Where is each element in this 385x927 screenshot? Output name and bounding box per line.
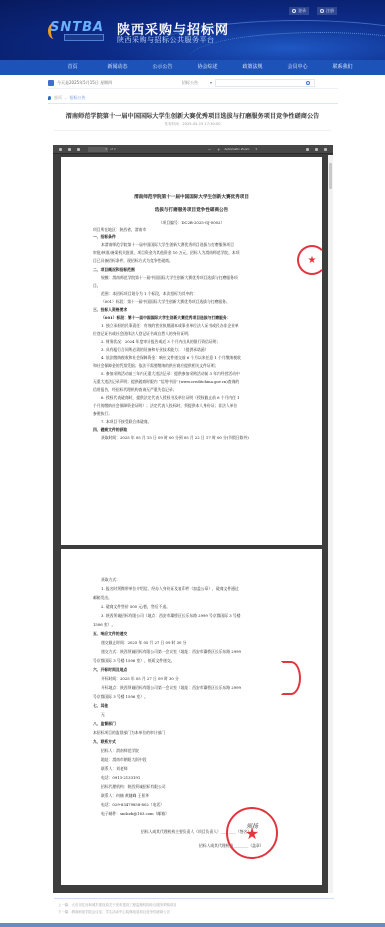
doc-text: 7. 本项目不接受联合体磋商。 — [101, 419, 151, 424]
doc-text: 4. 依法缴纳税收和社会保障资金：响应文件递交前 6 个月以来任意 1 个月缴纳… — [101, 355, 241, 360]
handwritten-signature: 须扬 — [246, 821, 258, 830]
section-7-title: 七、其他 — [93, 703, 108, 708]
site-banner: SNTBA 陕西采购与招标网 陕西采购与招标公共服务平台 登录 注册 — [0, 0, 385, 60]
zoom-in-button[interactable]: + — [217, 147, 220, 152]
register-link[interactable]: 注册 — [317, 7, 337, 15]
site-logo[interactable]: SNTBA — [50, 20, 110, 42]
doc-text: 开标地点：陕西须诚招标有限公司第一会议室（地址：西安市灞桥区长乐东路 2999 — [101, 685, 241, 690]
category-select[interactable]: 招标公告 ▾ — [182, 80, 215, 86]
doc-text: 号京都国际 3 号楼 1506 室）。 — [93, 694, 148, 699]
doc-text: 邮箱发出。 — [93, 595, 112, 600]
nav-contact[interactable]: 联系我们 — [320, 60, 365, 75]
print-icon[interactable] — [315, 148, 318, 151]
section-2-title: 二、项目概况和招标范围 — [93, 267, 135, 272]
company-seal-stamp: ★ — [297, 245, 327, 275]
user-circle-icon — [292, 9, 296, 13]
chevron-down-icon: ▾ — [255, 147, 257, 151]
login-link[interactable]: 登录 — [289, 7, 309, 15]
calendar-icon — [48, 80, 54, 86]
doc-title-line1: 渭南师范学院第十一届中国国际大学生创新大赛优秀项目 — [61, 195, 322, 200]
today-date: 今天是2025年5月15日 星期四 — [57, 80, 182, 86]
doc-text: 范围：本招标项目划分为 1 个标段，本次招标为其中的： — [101, 291, 197, 296]
doc-text: 无 — [101, 712, 105, 717]
doc-text: 获取方式： — [101, 577, 120, 582]
doc-text: 6. 授权代表磋商时，提供法定代表人授权书及单位证明（授权截止前 6 个月内任 … — [101, 395, 240, 400]
prev-page-icon[interactable] — [68, 148, 71, 151]
doc-text: 目。 — [93, 283, 101, 288]
section-4-title: 四、磋商文件的获取 — [93, 427, 127, 432]
doc-text: 目已具备招标条件，现招标方式为竞争性磋商。 — [93, 258, 173, 263]
top-links: 登录 注册 — [289, 7, 337, 15]
doc-text: 招标人：渭南师范学院 — [101, 748, 139, 753]
chevron-down-icon: ▾ — [210, 80, 212, 86]
pdf-toolbar: 1 of 2 − + Automatic Zoom ▾ — [53, 145, 333, 154]
prev-article-link[interactable]: 上一篇：大庆市住房和城乡建设局关于发布建设工程监理机构综合服务采购项目 — [58, 902, 177, 907]
doc-text: 号京都国际 3 号楼 1506 室），纸质文件递交。 — [93, 658, 174, 663]
nav-policy[interactable]: 政策法规 — [230, 60, 275, 75]
doc-text: 参照执行； — [93, 411, 112, 416]
doc-text: 审批/核准/备案机关批准，项目资金为其他资金 10 万元，招标人为渭南师范学院。… — [93, 250, 240, 255]
project-location: 项目所在地区：陕西省，渭南市 — [93, 227, 146, 232]
breadcrumb-home[interactable]: 首页 — [54, 95, 62, 101]
doc-text: 本渭南师范学院第十一届中国国际大学生创新大赛优秀项目选拔与打磨服务项目 — [101, 242, 234, 247]
next-article-link[interactable]: 下一篇：渭南师范学院会议室、学生活动中心装修改造项目竞争性磋商公告 — [58, 909, 170, 914]
doc-text: 位登记证书或社会团体法人登记证书或自然人的身份证明； — [93, 331, 192, 336]
section-3-title: 三、投标人资格要求 — [93, 307, 127, 312]
doc-text: 规模：渭南师范学院第十一届中国国际大学生创新大赛优秀项目选拔与打磨服务项 — [101, 275, 238, 280]
search-input[interactable] — [215, 79, 315, 87]
doc-text: 联系人：刘老师 — [101, 766, 128, 771]
doc-text: 3. 具有履行合同所必需的设备和专业技术能力；（提供承诺函） — [101, 347, 208, 352]
doc-text: 电话：0913-2133191 — [101, 775, 140, 780]
doc-text: （001）标段：第十一届中国国际大学生创新大赛优秀项目选拔与打磨服务。 — [101, 299, 230, 304]
search-icon[interactable] — [306, 81, 310, 85]
pdf-viewer[interactable]: 1 of 2 − + Automatic Zoom ▾ 渭南师范学院第十一届中国… — [53, 145, 333, 893]
doc-text: 联系人：何楠 黄婕峰 王景华 — [101, 793, 149, 798]
divider — [48, 103, 338, 104]
doc-text: 2. 财务状况：2024 年度审计报告或近 3 个月内出具的银行资信证明； — [101, 339, 220, 344]
section-1-title: 一、招标条件 — [93, 234, 116, 239]
doc-text: 1506 室）。 — [93, 622, 115, 627]
nav-home[interactable]: 首页 — [50, 60, 95, 75]
doc-text: （001）标段：第十一届中国国际大学生创新大赛优秀项目选拔与打磨服务： — [101, 315, 230, 320]
article-meta: 发布时间：2025-05-15 17:30:00 — [30, 122, 355, 127]
doc-text: 2. 磋商文件售价 500 元/套，售后不退。 — [101, 604, 170, 609]
divider — [54, 130, 331, 131]
zoom-select[interactable]: Automatic Zoom — [224, 147, 249, 151]
page-total: of 2 — [110, 147, 116, 151]
logo-subplate — [64, 34, 104, 41]
article-title: 渭南师范学院第十一届中国国际大学生创新大赛优秀项目选拔与打磨服务项目竞争性磋商公… — [30, 111, 355, 120]
doc-text: 开标时间：2025 年 05 月 27 日 09 时 30 分 — [101, 676, 179, 681]
breadcrumb-current[interactable]: 招标公告 — [69, 95, 85, 101]
nav-members[interactable]: 会员中心 — [275, 60, 320, 75]
doc-text: 电子邮件：sndczb@163.com（邮箱） — [101, 811, 169, 816]
doc-text: 本招标项目的监督部门为本单位的审计部门 — [93, 730, 165, 735]
site-subtitle: 陕西采购与招标公共服务平台 — [117, 35, 215, 45]
doc-text: 招标代理机构：陕西须诚招标有限公司 — [101, 784, 166, 789]
doc-text: 电话：029-83479858-802（电话） — [101, 802, 164, 807]
pdf-scrollbar[interactable] — [328, 155, 333, 893]
company-seal-stamp: ★ — [226, 807, 278, 859]
pdf-page-1: 渭南师范学院第十一届中国国际大学生创新大赛优秀项目 选拔与打磨服务项目竞争性磋商… — [61, 157, 322, 545]
zoom-out-button[interactable]: − — [208, 147, 211, 152]
doc-text: 5. 参加采购活动前三年内无重大违法记录：提供参加采购活动前 3 年内经营活动中 — [101, 371, 240, 376]
doc-text: 递交截止时间：2025 年 05 月 27 日 09 时 30 分 — [101, 640, 186, 645]
company-seal-stamp-partial — [281, 661, 301, 695]
breadcrumb-separator: - — [65, 96, 66, 101]
doc-text: 个月的缴纳社会保障资金证明）；法定代表人投标时，须提供本人身份证；非法人单位 — [93, 403, 237, 408]
date-search-bar: 今天是2025年5月15日 星期四 招标公告 ▾ — [48, 77, 338, 89]
main-nav: 首页 新闻动态 公示公告 协会综述 政策法规 会员中心 联系我们 — [0, 60, 385, 75]
doc-text: 递交方式：陕西须诚招标有限公司第一会议室（地址：西安市灞桥区长乐东路 2999 — [101, 649, 241, 654]
location-pin-icon — [48, 96, 51, 100]
logo-text: SNTBA — [50, 20, 104, 35]
doc-text: 无重大违法记录声明；提供磋商时限内 “信用中国” (www.creditchin… — [93, 379, 239, 384]
section-9-title: 九、联系方式 — [93, 739, 116, 744]
page-number-input[interactable]: 1 — [88, 147, 108, 152]
fullscreen-icon[interactable] — [306, 148, 309, 151]
footer-bar — [0, 923, 385, 927]
doc-title-line2: 选拔与打磨服务项目竞争性磋商公告 — [61, 208, 322, 213]
project-number: （项目编号：DC2B-2025-GJ-0002） — [61, 220, 322, 225]
category-select-value: 招标公告 — [182, 80, 198, 86]
register-label: 注册 — [326, 8, 334, 14]
nav-association[interactable]: 协会综述 — [185, 60, 230, 75]
tools-menu-icon[interactable] — [324, 148, 327, 151]
doc-text: 和社会保障金的凭票凭据；依法不需要缴纳的供应商应提供相关文件证明； — [93, 363, 218, 368]
doc-text: 1. 报名时须携带单位介绍信、经办人身份证及复印件（加盖公章），磋商文件通过 — [101, 586, 239, 591]
divider — [54, 898, 334, 899]
login-label: 登录 — [298, 8, 306, 14]
doc-text: 信用报告，经招标代理机构查询无严重失信记录； — [93, 387, 177, 392]
search-icon[interactable] — [59, 148, 62, 151]
nav-news[interactable]: 新闻动态 — [95, 60, 140, 75]
section-5-title: 五、响应文件的递交 — [93, 631, 127, 636]
doc-text: 1. 独立承担的民事责任：有效的营业执照副本或事业单位法人证书或民办非企业单 — [101, 323, 239, 328]
next-page-icon[interactable] — [77, 148, 80, 151]
scroll-thumb[interactable] — [329, 163, 332, 189]
doc-text: 地址：渭南市朝阳大街中段 — [101, 757, 147, 762]
breadcrumb: 首页 - 招标公告 — [48, 94, 85, 102]
section-6-title: 六、开标时间及地点 — [93, 667, 127, 672]
person-icon — [320, 9, 324, 13]
doc-text: 获取时间：2025 年 05 月 15 日 09 时 00 分到 05 月 22… — [101, 435, 249, 440]
nav-announcements[interactable]: 公示公告 — [140, 60, 185, 75]
pdf-page-2: 获取方式： 1. 报名时须携带单位介绍信、经办人身份证及复印件（加盖公章），磋商… — [61, 549, 322, 885]
doc-text: 3. 陕西须诚招标有限公司（地点：西安市灞桥区长乐东路 2999 号京都国际 3… — [101, 613, 240, 618]
section-8-title: 八、监督部门 — [93, 721, 116, 726]
